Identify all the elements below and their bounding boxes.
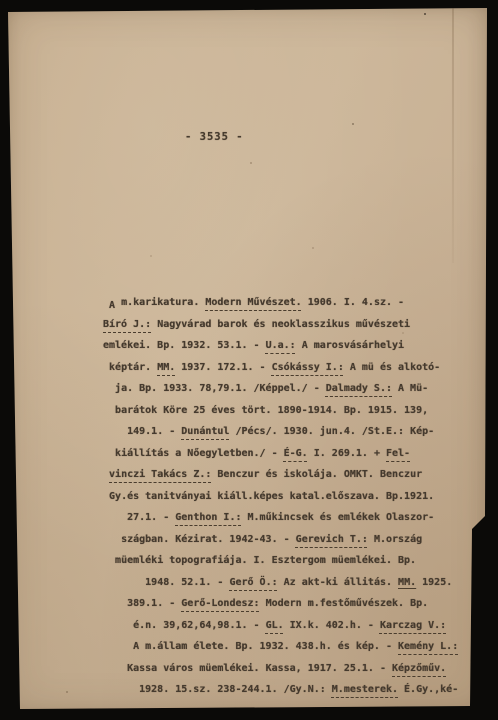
text-segment: M.ország xyxy=(368,534,422,545)
text-segment: 1928. 15.sz. 238-244.1. /Gy.N.: xyxy=(139,684,332,695)
text-segment: I. 269.1. + xyxy=(308,448,386,459)
underlined-text: vinczi Takács Z.: xyxy=(109,469,211,480)
document-line: 149.1. - Dunántul /Pécs/. 1930. jun.4. /… xyxy=(103,421,458,443)
text-segment: 1948. 52.1. - xyxy=(145,577,229,588)
underlined-text: Fel- xyxy=(386,448,410,459)
document-line: barátok Köre 25 éves tört. 1890-1914. Bp… xyxy=(103,400,458,422)
underlined-text: Dunántul xyxy=(181,426,229,437)
text-segment: emlékei. Bp. 1932. 53.1. - xyxy=(103,340,266,351)
underlined-text: Bíró J.: xyxy=(103,319,151,330)
text-segment: kiállítás a Nőegyletben./ - xyxy=(115,448,284,459)
underlined-text: Képzőműv. xyxy=(392,663,446,674)
underlined-text: Gerő Ö.: xyxy=(229,577,277,588)
underlined-text: Modern Művészet. xyxy=(205,297,301,308)
underlined-text: Dalmady S.: xyxy=(326,383,392,394)
text-segment: müemléki topografiája. I. Esztergom müem… xyxy=(115,555,416,566)
text-segment: A Mü- xyxy=(392,383,428,394)
text-segment: 389.1. - xyxy=(127,598,181,609)
paper-specks xyxy=(0,0,2,2)
underlined-text: M.mesterek. xyxy=(332,684,398,695)
text-segment: IX.k. 402.h. - xyxy=(284,620,380,631)
scanned-page: - 3535 - A m.karikatura. Modern Művészet… xyxy=(0,0,498,720)
text-segment: Kassa város müemlékei. Kassa, 1917. 25.1… xyxy=(127,663,392,674)
document-line: 1928. 15.sz. 238-244.1. /Gy.N.: M.mester… xyxy=(103,679,458,701)
underlined-text: Karczag V.: xyxy=(380,620,446,631)
page-number: - 3535 - xyxy=(185,131,244,143)
text-segment: Nagyvárad barok és neoklasszikus művésze… xyxy=(151,319,410,330)
document-line: 1948. 52.1. - Gerő Ö.: Az akt-ki állitás… xyxy=(103,572,458,594)
text-segment: A m.állam élete. Bp. 1932. 438.h. és kép… xyxy=(133,641,398,652)
document-line: vinczi Takács Z.: Benczur és iskolája. O… xyxy=(103,464,458,486)
text-segment: 149.1. - xyxy=(127,426,181,437)
text-segment: 1937. 172.1. - xyxy=(175,362,271,373)
document-line: Kassa város müemlékei. Kassa, 1917. 25.1… xyxy=(103,658,458,680)
document-line: ja. Bp. 1933. 78,79.1. /Képpel./ - Dalma… xyxy=(103,378,458,400)
underlined-text: É-G. xyxy=(284,448,308,459)
document-text: A m.karikatura. Modern Művészet. 1906. I… xyxy=(103,292,458,701)
text-segment: Az akt-ki állitás. xyxy=(278,577,398,588)
text-segment: /Pécs/. 1930. jun.4. /St.E.: Kép- xyxy=(229,426,434,437)
paper: - 3535 - A m.karikatura. Modern Művészet… xyxy=(0,0,498,720)
underlined-text: Gerevich T.: xyxy=(296,534,368,545)
document-line: Gy.és tanitványai kiáll.képes katal.elős… xyxy=(103,486,458,508)
underlined-text: MM. xyxy=(157,362,175,373)
underlined-text: Kemény L.: xyxy=(398,641,458,652)
document-line: szágban. Kézirat. 1942-43. - Gerevich T.… xyxy=(103,529,458,551)
text-segment: Gy.és tanitványai kiáll.képes katal.elős… xyxy=(109,491,434,502)
document-line: A m.állam élete. Bp. 1932. 438.h. és kép… xyxy=(103,636,458,658)
underlined-text: Csókássy I.: xyxy=(272,362,344,373)
underlined-text: Gerő-Londesz: xyxy=(181,598,259,609)
underlined-text: Genthon I.: xyxy=(175,512,241,523)
document-line: Bíró J.: Nagyvárad barok és neoklassziku… xyxy=(103,314,458,336)
paper-crease xyxy=(452,8,454,263)
text-segment: 27.1. - xyxy=(127,512,175,523)
text-segment: képtár. xyxy=(109,362,157,373)
text-segment: m.karikatura. xyxy=(115,297,205,308)
underlined-text: U.a.: xyxy=(266,340,296,351)
text-segment: 1925. xyxy=(416,577,452,588)
text-segment: é.n. 39,62,64,98.1. - xyxy=(133,620,265,631)
document-line: képtár. MM. 1937. 172.1. - Csókássy I.: … xyxy=(103,357,458,379)
text-segment: A marosvásárhelyi xyxy=(296,340,404,351)
text-segment: A xyxy=(109,295,115,317)
document-line: A m.karikatura. Modern Művészet. 1906. I… xyxy=(103,292,458,314)
document-line: 27.1. - Genthon I.: M.műkincsek és emlék… xyxy=(103,507,458,529)
document-line: müemléki topografiája. I. Esztergom müem… xyxy=(103,550,458,572)
text-segment: barátok Köre 25 éves tört. 1890-1914. Bp… xyxy=(115,405,428,416)
text-segment: É.Gy.,ké- xyxy=(398,684,458,695)
document-line: kiállítás a Nőegyletben./ - É-G. I. 269.… xyxy=(103,443,458,465)
text-segment: M.műkincsek és emlékek Olaszor- xyxy=(242,512,435,523)
text-segment: Benczur és iskolája. OMKT. Benczur xyxy=(211,469,422,480)
text-segment: A mü és alkotó- xyxy=(344,362,440,373)
underlined-text: MM. xyxy=(398,577,416,588)
text-segment: 1906. I. 4.sz. - xyxy=(302,297,404,308)
document-line: 389.1. - Gerő-Londesz: Modern m.festőműv… xyxy=(103,593,458,615)
underlined-text: GL. xyxy=(266,620,284,631)
document-line: é.n. 39,62,64,98.1. - GL. IX.k. 402.h. -… xyxy=(103,615,458,637)
text-segment: Modern m.festőművészek. Bp. xyxy=(260,598,429,609)
text-segment: szágban. Kézirat. 1942-43. - xyxy=(121,534,296,545)
text-segment: ja. Bp. 1933. 78,79.1. /Képpel./ - xyxy=(115,383,326,394)
document-line: emlékei. Bp. 1932. 53.1. - U.a.: A maros… xyxy=(103,335,458,357)
